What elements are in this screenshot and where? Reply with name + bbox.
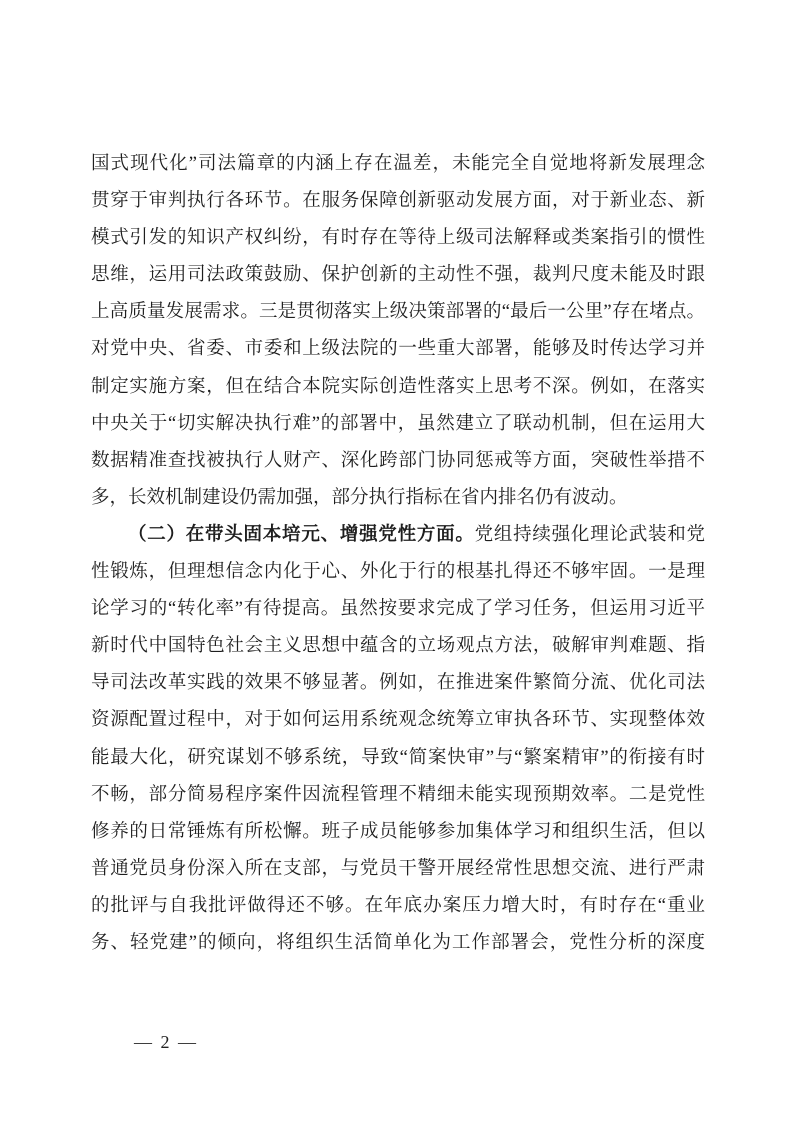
text-line: 思维，运用司法政策鼓励、保护创新的主动性不强，裁判尺度未能及时跟 [91, 257, 705, 294]
text-line: 的批评与自我批评做得还不够。在年底办案压力增大时，有时存在“重业 [91, 888, 705, 925]
text-line: 新时代中国特色社会主义思想中蕴含的立场观点方法，破解审判难题、指 [91, 628, 705, 665]
section-heading: （二）在带头固本培元、增强党性方面。 [128, 525, 475, 545]
page-footer: — 2 — [134, 1030, 198, 1054]
text-line: 务、轻党建”的倾向，将组织生活简单化为工作部署会，党性分析的深度 [91, 925, 705, 962]
paragraph-section-2: （二）在带头固本培元、增强党性方面。党组持续强化理论武装和党 性锻炼，但理想信念… [91, 517, 705, 962]
text-line: 性锻炼，但理想信念内化于心、外化于行的根基扎得还不够牢固。一是理 [91, 554, 705, 591]
text-line: 国式现代化”司法篇章的内涵上存在温差，未能完全自觉地将新发展理念 [91, 146, 705, 183]
text-line: 中央关于“切实解决执行难”的部署中，虽然建立了联动机制，但在运用大 [91, 406, 705, 443]
text-line: 上高质量发展需求。三是贯彻落实上级决策部署的“最后一公里”存在堵点。 [91, 294, 705, 331]
text-line: 模式引发的知识产权纠纷，有时存在等待上级司法解释或类案指引的惯性 [91, 220, 705, 257]
page-number: — 2 — [134, 1032, 198, 1052]
text-line: 能最大化，研究谋划不够系统，导致“简案快审”与“繁案精审”的衔接有时 [91, 740, 705, 777]
text-line: 数据精准查找被执行人财产、深化跨部门协同惩戒等方面，突破性举措不 [91, 443, 705, 480]
section-heading-rest: 党组持续强化理论武装和党 [475, 525, 705, 545]
text-line: 导司法改革实践的效果不够显著。例如，在推进案件繁简分流、优化司法 [91, 665, 705, 702]
paragraph-continuation: 国式现代化”司法篇章的内涵上存在温差，未能完全自觉地将新发展理念 贯穿于审判执行… [91, 146, 705, 517]
text-line: 多，长效机制建设仍需加强，部分执行指标在省内排名仍有波动。 [91, 480, 705, 517]
text-line: 资源配置过程中，对于如何运用系统观念统筹立审执各环节、实现整体效 [91, 702, 705, 739]
text-line: 制定实施方案，但在结合本院实际创造性落实上思考不深。例如，在落实 [91, 369, 705, 406]
text-line: 贯穿于审判执行各环节。在服务保障创新驱动发展方面，对于新业态、新 [91, 183, 705, 220]
text-line: 普通党员身份深入所在支部，与党员干警开展经常性思想交流、进行严肃 [91, 851, 705, 888]
text-line: 修养的日常锤炼有所松懈。班子成员能够参加集体学习和组织生活，但以 [91, 814, 705, 851]
section-heading-line: （二）在带头固本培元、增强党性方面。党组持续强化理论武装和党 [91, 517, 705, 554]
document-body: 国式现代化”司法篇章的内涵上存在温差，未能完全自觉地将新发展理念 贯穿于审判执行… [91, 146, 705, 962]
text-line: 对党中央、省委、市委和上级法院的一些重大部署，能够及时传达学习并 [91, 331, 705, 368]
document-page: 国式现代化”司法篇章的内涵上存在温差，未能完全自觉地将新发展理念 贯穿于审判执行… [0, 0, 793, 1122]
text-line: 论学习的“转化率”有待提高。虽然按要求完成了学习任务，但运用习近平 [91, 591, 705, 628]
text-line: 不畅，部分简易程序案件因流程管理不精细未能实现预期效率。二是党性 [91, 777, 705, 814]
